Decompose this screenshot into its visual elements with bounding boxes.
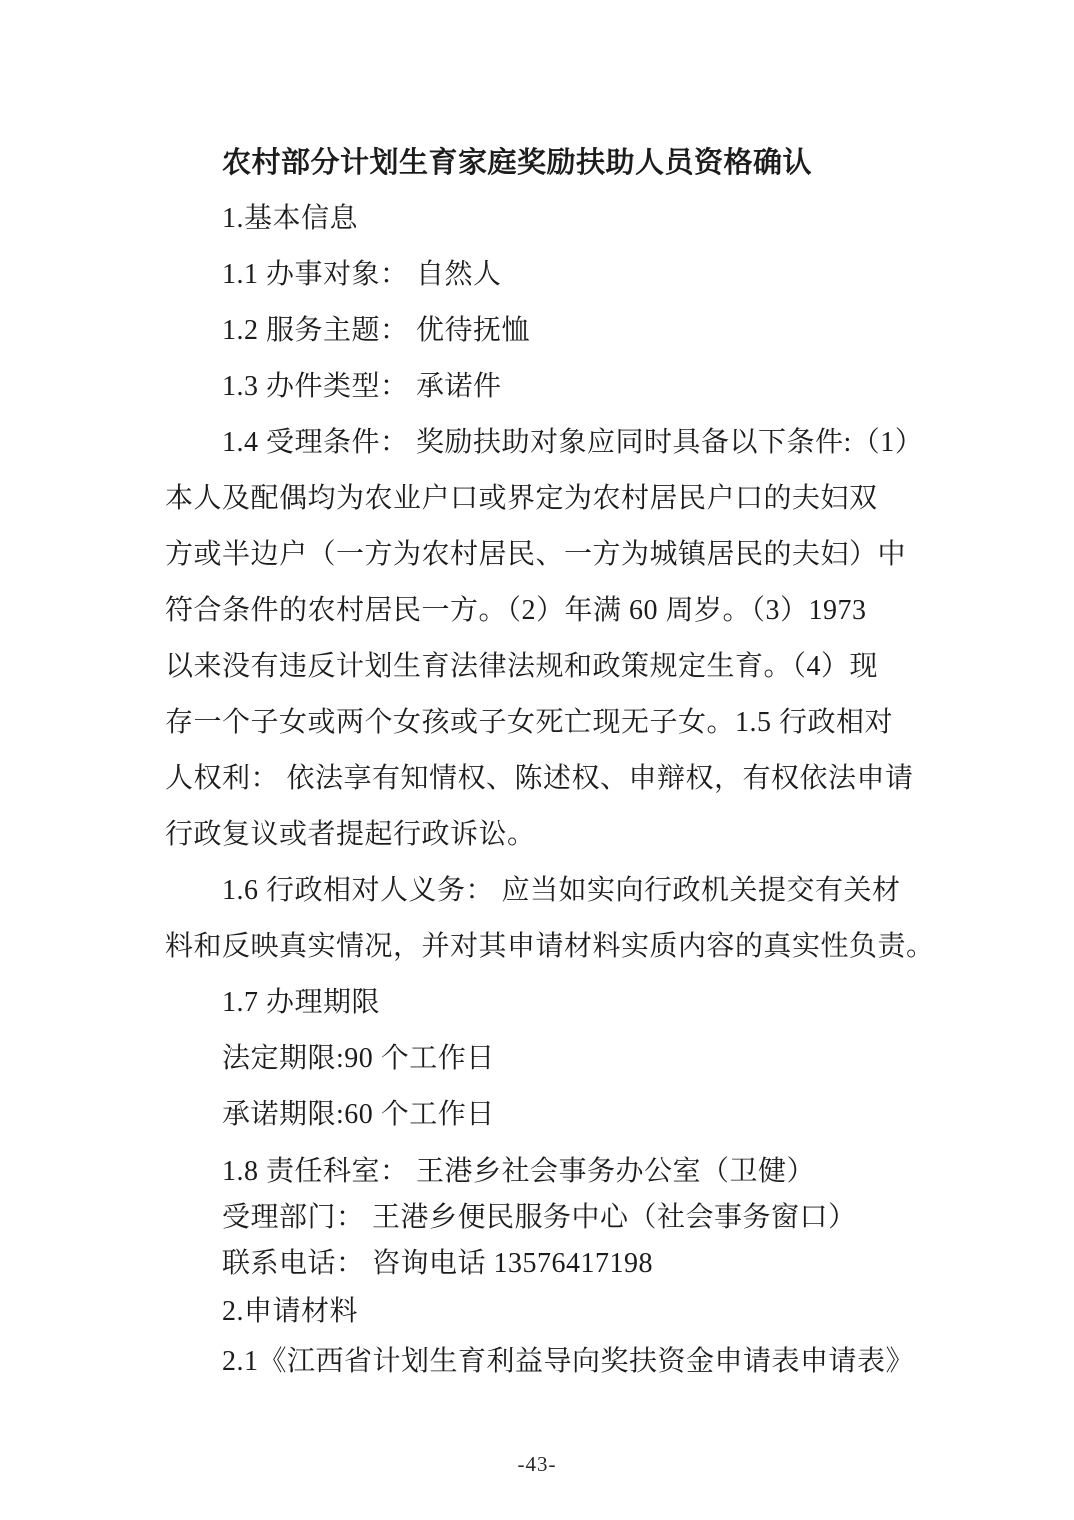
line-contact-phone: 联系电话： 咨询电话 13576417198 xyxy=(165,1241,955,1287)
document-line: 本人及配偶均为农业户口或界定为农村居民户口的夫妇双 xyxy=(165,471,955,527)
line-item-type: 1.3 办件类型： 承诺件 xyxy=(165,359,955,415)
document-title: 农村部分计划生育家庭奖励扶助人员资格确认 xyxy=(165,135,955,191)
page-number: -43- xyxy=(0,1452,1074,1476)
document-line: 行政复议或者提起行政诉讼。 xyxy=(165,807,955,863)
line-responsible-office: 1.8 责任科室： 王港乡社会事务办公室（卫健） xyxy=(165,1149,955,1195)
document-body: 农村部分计划生育家庭奖励扶助人员资格确认 1.基本信息 1.1 办事对象： 自然… xyxy=(165,135,955,1387)
document-line: 存一个子女或两个女孩或子女死亡现无子女。1.5 行政相对 xyxy=(165,695,955,751)
line-legal-period: 法定期限:90 个工作日 xyxy=(165,1031,955,1087)
line-acceptance-conditions: 1.4 受理条件： 奖励扶助对象应同时具备以下条件:（1） xyxy=(165,415,955,471)
heading-application-materials: 2.申请材料 xyxy=(165,1287,955,1337)
line-accepting-department: 受理部门： 王港乡便民服务中心（社会事务窗口） xyxy=(165,1195,955,1241)
document-page: 农村部分计划生育家庭奖励扶助人员资格确认 1.基本信息 1.1 办事对象： 自然… xyxy=(0,0,1074,1520)
line-obligations: 1.6 行政相对人义务： 应当如实向行政机关提交有关材 xyxy=(165,863,955,919)
document-line: 方或半边户（一方为农村居民、一方为城镇居民的夫妇）中 xyxy=(165,527,955,583)
heading-basic-info: 1.基本信息 xyxy=(165,191,955,247)
line-application-form: 2.1《江西省计划生育利益导向奖扶资金申请表申请表》 xyxy=(165,1337,955,1387)
heading-processing-period: 1.7 办理期限 xyxy=(165,975,955,1031)
document-line: 料和反映真实情况，并对其申请材料实质内容的真实性负责。 xyxy=(165,919,955,975)
document-line: 符合条件的农村居民一方。（2）年满 60 周岁。（3）1973 xyxy=(165,583,955,639)
line-service-target: 1.1 办事对象： 自然人 xyxy=(165,247,955,303)
document-line: 人权利： 依法享有知情权、陈述权、申辩权，有权依法申请 xyxy=(165,751,955,807)
line-service-theme: 1.2 服务主题： 优待抚恤 xyxy=(165,303,955,359)
document-line: 以来没有违反计划生育法律法规和政策规定生育。（4）现 xyxy=(165,639,955,695)
line-promised-period: 承诺期限:60 个工作日 xyxy=(165,1087,955,1143)
